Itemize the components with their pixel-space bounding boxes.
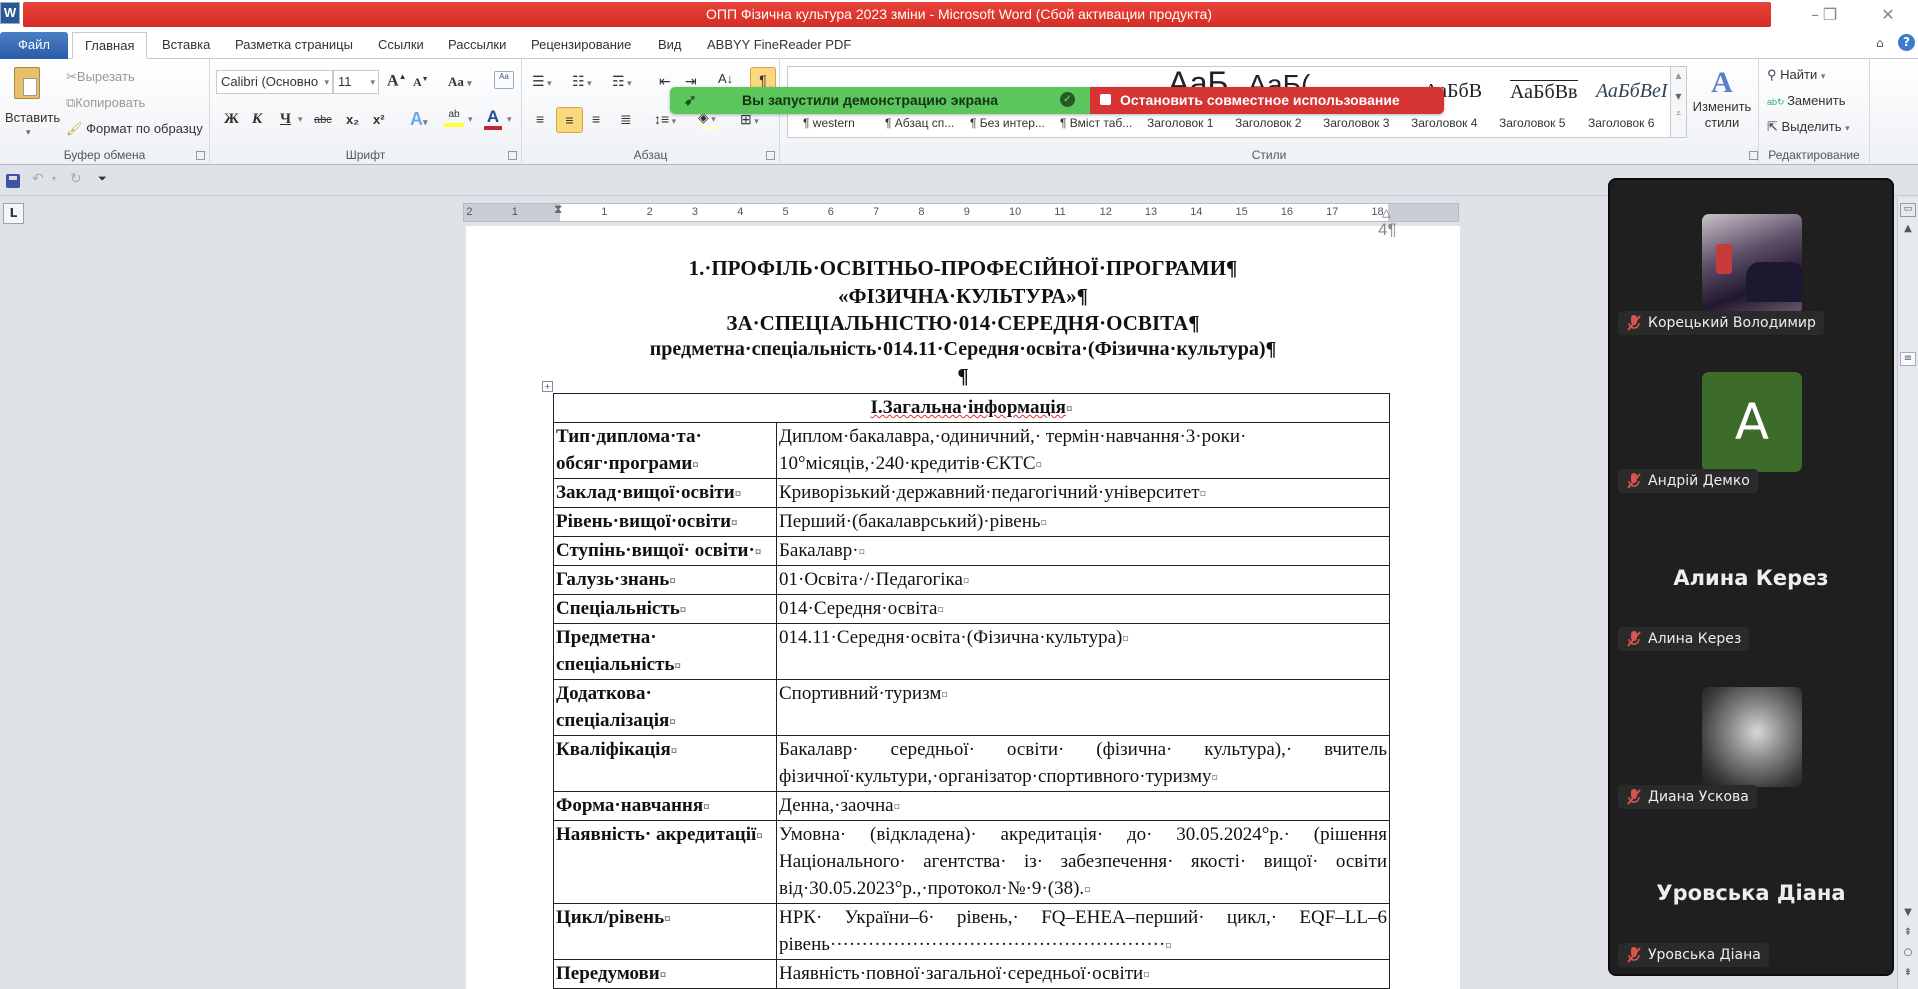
- table-row: Галузь·знань¤01·Освіта·/·Педагогіка¤: [554, 566, 1390, 595]
- undo-dropdown-icon[interactable]: ▾: [52, 174, 56, 183]
- paste-button[interactable]: Вставить: [5, 110, 60, 125]
- table-value-cell[interactable]: НРК· України–6· рівень,· FQ–EHEA–перший·…: [777, 904, 1390, 960]
- ruler-tick: 2: [647, 206, 653, 218]
- style-heading-2[interactable]: Заголовок 2: [1235, 116, 1301, 130]
- table-value-cell[interactable]: Криворізький·державний·педагогічний·унів…: [777, 479, 1390, 508]
- style-sample-heading6: АаБбВеI: [1596, 80, 1668, 103]
- stop-square-icon: [1100, 94, 1111, 105]
- tab-abbyy[interactable]: ABBYY FineReader PDF: [695, 32, 863, 59]
- stop-sharing-label: Остановить совместное использование: [1120, 92, 1400, 108]
- window-title: ОПП Фізична культура 2023 зміни - Micros…: [0, 6, 1918, 22]
- format-painter-button[interactable]: 🖌 Формат по образцу: [66, 121, 203, 137]
- ruler-tick: 13: [1145, 206, 1157, 218]
- subscript-button[interactable]: x₂: [346, 112, 359, 127]
- paragraph-group-label: Абзац: [522, 148, 779, 162]
- table-row: Спеціальність¤014·Середня·освіта¤: [554, 595, 1390, 624]
- table-value-cell[interactable]: Диплом·бакалавра,·одиничний,· термін·нав…: [777, 423, 1390, 479]
- title-bar: W ОПП Фізична культура 2023 зміни - Micr…: [0, 0, 1918, 29]
- table-row: Рівень·вищої·освіти¤Перший·(бакалаврськи…: [554, 508, 1390, 537]
- table-value-cell[interactable]: 014.11·Середня·освіта·(Фізична·культура)…: [777, 624, 1390, 680]
- font-size-select[interactable]: 11▾: [333, 70, 379, 94]
- document-page[interactable]: 4¶ 1.·ПРОФІЛЬ·ОСВІТНЬО-ПРОФЕСІЙНОЇ·ПРОГР…: [466, 226, 1460, 989]
- doc-heading-5: ¶: [466, 364, 1460, 389]
- text-effects-icon[interactable]: A▾: [410, 109, 428, 130]
- tab-home[interactable]: Главная: [72, 32, 147, 59]
- binoculars-icon: ⚲: [1767, 67, 1780, 82]
- multilevel-list-button[interactable]: ☶ ▾: [612, 73, 632, 90]
- change-styles-button[interactable]: A Изменить стили: [1692, 67, 1752, 131]
- superscript-button[interactable]: x²: [373, 112, 385, 127]
- participant-tile-kerez[interactable]: Алина Керез: [1610, 566, 1892, 590]
- italic-button[interactable]: К: [252, 111, 262, 128]
- style-western[interactable]: ¶ western: [803, 116, 855, 130]
- table-row: Ступінь·вищої· освіти·¤Бакалавр·¤: [554, 537, 1390, 566]
- copy-icon: ⧉: [66, 95, 75, 111]
- style-heading-6[interactable]: Заголовок 6: [1588, 116, 1654, 130]
- mic-muted-icon: [1626, 788, 1642, 806]
- video-participants-panel: Корецький Володимир A Андрій Демко Алина…: [1608, 178, 1894, 976]
- scroll-up-icon[interactable]: ▲: [1900, 223, 1916, 234]
- participant-name-demko: Андрій Демко: [1618, 469, 1758, 493]
- decrease-indent-button[interactable]: ⇤: [659, 73, 671, 90]
- table-row: Цикл/рівень¤НРК· України–6· рівень,· FQ–…: [554, 904, 1390, 960]
- indent-marker[interactable]: ⧗: [554, 202, 562, 217]
- underline-button[interactable]: Ч: [280, 111, 291, 128]
- table-value-cell[interactable]: Умовна· (відкладена)· акредитація· до· 3…: [777, 821, 1390, 904]
- share-status[interactable]: ➹ Вы запустили демонстрацию экрана ✓: [670, 87, 1090, 114]
- table-value-cell[interactable]: Наявність·повної·загальної·середньої·осв…: [777, 960, 1390, 989]
- table-row: Тип·диплома·та· обсяг·програми¤Диплом·ба…: [554, 423, 1390, 479]
- ruler-tick: 1: [512, 206, 518, 218]
- browse-object-icon[interactable]: ○: [1900, 947, 1916, 958]
- undo-icon[interactable]: ↶: [32, 171, 44, 187]
- table-value-cell[interactable]: Бакалавр· середньої· освіти· (фізична· к…: [777, 736, 1390, 792]
- participant-name-korecky: Корецький Володимир: [1618, 311, 1824, 335]
- table-value-cell[interactable]: 01·Освіта·/·Педагогіка¤: [777, 566, 1390, 595]
- clipboard-launcher-icon[interactable]: [196, 151, 205, 160]
- ruler-tick: 10: [1009, 206, 1021, 218]
- save-icon[interactable]: [6, 174, 20, 188]
- participant-photo-korecky[interactable]: [1702, 214, 1802, 314]
- ruler-tick: 16: [1281, 206, 1293, 218]
- styles-scroll-up-icon[interactable]: ▲: [1671, 71, 1686, 80]
- change-styles-icon: A: [1692, 67, 1752, 99]
- tab-stop-selector[interactable]: L: [3, 203, 24, 224]
- ruler-tick: 9: [964, 206, 970, 218]
- customize-toolbar-icon[interactable]: ⏷: [98, 172, 107, 186]
- font-color-dropdown-icon[interactable]: ▾: [507, 114, 512, 125]
- table-value-cell[interactable]: Спортивний·туризм¤: [777, 680, 1390, 736]
- ruler-tick: 7: [873, 206, 879, 218]
- font-launcher-icon[interactable]: [508, 151, 517, 160]
- styles-gallery-scroll[interactable]: ▲ ▼ ⩡: [1670, 67, 1686, 137]
- table-key-cell[interactable]: Кваліфікація¤: [554, 736, 777, 792]
- tab-file[interactable]: Файл: [0, 32, 68, 59]
- table-move-handle[interactable]: +: [542, 381, 553, 392]
- align-left-button[interactable]: ≡: [536, 111, 544, 127]
- table-row: Заклад·вищої·освіти¤Криворізький·державн…: [554, 479, 1390, 508]
- grow-font-button[interactable]: A▲: [387, 72, 406, 90]
- tab-references[interactable]: Ссылки: [366, 32, 436, 59]
- cursor-icon: ⇱: [1767, 119, 1782, 134]
- align-right-button[interactable]: ≡: [592, 111, 600, 127]
- table-key-cell[interactable]: Форма·навчання¤: [554, 792, 777, 821]
- tab-view[interactable]: Вид: [646, 32, 694, 59]
- style-no-spacing[interactable]: ¶ Без интер...: [970, 116, 1045, 130]
- underline-dropdown-icon[interactable]: ▾: [298, 114, 303, 125]
- sort-button[interactable]: A↓: [718, 71, 733, 86]
- ruler-tick: 5: [783, 206, 789, 218]
- table-row: Додаткова· спеціалізація¤Спортивний·тури…: [554, 680, 1390, 736]
- scroll-down-icon[interactable]: ▼: [1900, 907, 1916, 918]
- previous-page-icon[interactable]: ⇞: [1900, 927, 1916, 938]
- table-row: Предметна· спеціальність¤014.11·Середня·…: [554, 624, 1390, 680]
- brush-icon: 🖌: [66, 121, 83, 137]
- help-icon[interactable]: ?: [1898, 34, 1915, 51]
- font-name-select[interactable]: Calibri (Основно▾: [216, 70, 333, 94]
- paste-icon[interactable]: [14, 67, 40, 99]
- shield-check-icon: ✓: [1060, 92, 1075, 107]
- doc-heading-2: «ФІЗИЧНА·КУЛЬТУРА»¶: [466, 284, 1460, 309]
- participant-name-urovska: Уровська Діана: [1618, 943, 1769, 967]
- ruler-tick: 15: [1236, 206, 1248, 218]
- font-group-label: Шрифт: [210, 148, 521, 162]
- vertical-scrollbar[interactable]: ▭ ▲ ≡ ▼ ⇞ ○ ⇟: [1897, 197, 1918, 989]
- change-case-button[interactable]: Aa ▾: [448, 74, 472, 90]
- clear-formatting-icon[interactable]: Aa: [494, 71, 514, 89]
- paragraph-launcher-icon[interactable]: [766, 151, 775, 160]
- styles-more-icon[interactable]: ⩡: [1671, 109, 1686, 119]
- table-key-cell[interactable]: Цикл/рівень¤: [554, 904, 777, 960]
- change-styles-label: Изменить стили: [1692, 99, 1752, 131]
- close-button[interactable]: ✕: [1873, 4, 1903, 26]
- editing-group-label: Редактирование: [1759, 148, 1869, 162]
- horizontal-ruler[interactable]: 21123456789101112131415161718 ⧗ △: [463, 203, 1459, 222]
- table-value-cell[interactable]: Перший·(бакалаврський)·рівень¤: [777, 508, 1390, 537]
- table-key-cell[interactable]: Спеціальність¤: [554, 595, 777, 624]
- ruler-tick: 3: [692, 206, 698, 218]
- right-indent-marker[interactable]: △: [1382, 206, 1390, 219]
- style-table-contents[interactable]: ¶ Вміст таб...: [1060, 116, 1132, 130]
- ruler-tick: 4: [737, 206, 743, 218]
- ruler-tick: 12: [1100, 206, 1112, 218]
- table-key-cell[interactable]: Предметна· спеціальність¤: [554, 624, 777, 680]
- doc-heading-4: предметна·спеціальність·014.11·Середня·о…: [466, 338, 1460, 361]
- tab-page-layout[interactable]: Разметка страницы: [223, 32, 365, 59]
- copy-button[interactable]: ⧉ Копировать: [66, 95, 145, 111]
- scroll-thumb[interactable]: ≡: [1900, 352, 1916, 366]
- participant-tile-urovska[interactable]: Уровська Діана: [1610, 881, 1892, 905]
- table-key-cell[interactable]: Заклад·вищої·освіти¤: [554, 479, 777, 508]
- table-row: Форма·навчання¤Денна,·заочна¤: [554, 792, 1390, 821]
- ruler-tick: 6: [828, 206, 834, 218]
- share-arrow-icon: ➹: [684, 91, 697, 109]
- scissors-icon: ✂: [66, 69, 77, 85]
- table-key-cell[interactable]: Тип·диплома·та· обсяг·програми¤: [554, 423, 777, 479]
- restore-button[interactable]: ❐: [1815, 4, 1845, 26]
- tab-mailings[interactable]: Рассылки: [436, 32, 518, 59]
- participant-photo-uskova[interactable]: [1702, 687, 1802, 787]
- editing-group: ⚲ Найти ▾ ab↻ Заменить ⇱ Выделить ▾ Реда…: [1758, 59, 1870, 165]
- styles-group-label: Стили: [780, 148, 1758, 162]
- participant-avatar-demko[interactable]: A: [1702, 372, 1802, 472]
- screen-share-banner: ➹ Вы запустили демонстрацию экрана ✓ Ост…: [670, 87, 1444, 114]
- tab-insert[interactable]: Вставка: [150, 32, 222, 59]
- style-list-paragraph[interactable]: ¶ Абзац сп...: [885, 116, 954, 130]
- clipboard-group: Вставить ▾ ✂ Вырезать ⧉ Копировать 🖌 Фор…: [0, 59, 210, 165]
- stop-sharing-button[interactable]: Остановить совместное использование: [1090, 87, 1444, 114]
- style-heading-5[interactable]: Заголовок 5: [1499, 116, 1565, 130]
- numbering-button[interactable]: ☷ ▾: [572, 73, 592, 90]
- ruler-tick: 1: [601, 206, 607, 218]
- clipboard-group-label: Буфер обмена: [0, 148, 209, 162]
- table-value-cell[interactable]: Бакалавр·¤: [777, 537, 1390, 566]
- find-button[interactable]: ⚲ Найти ▾: [1767, 67, 1825, 83]
- select-button[interactable]: ⇱ Выделить ▾: [1767, 119, 1850, 135]
- participant-name-uskova: Диана Ускова: [1618, 785, 1757, 809]
- table-title-cell[interactable]: І.Загальна·інформація¤: [554, 394, 1390, 423]
- mic-muted-icon: [1626, 472, 1642, 490]
- table-header-row: І.Загальна·інформація¤: [554, 394, 1390, 423]
- shrink-font-button[interactable]: A▼: [413, 75, 429, 90]
- doc-heading-3: ЗА·СПЕЦІАЛЬНІСТЮ·014·СЕРЕДНЯ·ОСВІТА¶: [466, 311, 1460, 336]
- ruler-tick: 14: [1190, 206, 1202, 218]
- table-key-cell[interactable]: Передумови¤: [554, 960, 777, 989]
- bold-button[interactable]: Ж: [224, 111, 239, 128]
- align-center-button[interactable]: ≡: [556, 107, 583, 133]
- share-message: Вы запустили демонстрацию экрана: [742, 92, 998, 108]
- ruler-tick: 2: [466, 206, 472, 218]
- ruler-tick: 17: [1326, 206, 1338, 218]
- doc-heading-1: 1.·ПРОФІЛЬ·ОСВІТНЬО-ПРОФЕСІЙНОЇ·ПРОГРАМИ…: [466, 256, 1460, 281]
- table-value-cell[interactable]: 014·Середня·освіта¤: [777, 595, 1390, 624]
- style-heading-3[interactable]: Заголовок 3: [1323, 116, 1389, 130]
- table-key-cell[interactable]: Галузь·знань¤: [554, 566, 777, 595]
- table-key-cell[interactable]: Рівень·вищої·освіти¤: [554, 508, 777, 537]
- justify-button[interactable]: ≣: [620, 111, 632, 128]
- ribbon-tabs: Файл Главная Вставка Разметка страницы С…: [0, 29, 1918, 59]
- highlight-dropdown-icon[interactable]: ▾: [468, 114, 473, 125]
- view-ruler-toggle-icon[interactable]: ▭: [1900, 203, 1916, 217]
- bullets-button[interactable]: ☰ ▾: [532, 73, 552, 90]
- minimize-ribbon-icon[interactable]: ⌂: [1876, 36, 1884, 50]
- font-group: Calibri (Основно▾ 11▾ A▲ A▼ Aa ▾ Aa Ж К …: [210, 59, 522, 165]
- table-row: Передумови¤Наявність·повної·загальної·се…: [554, 960, 1390, 989]
- style-heading-1[interactable]: Заголовок 1: [1147, 116, 1213, 130]
- next-page-icon[interactable]: ⇟: [1900, 967, 1916, 978]
- styles-launcher-icon[interactable]: [1749, 151, 1758, 160]
- mic-muted-icon: [1626, 630, 1642, 648]
- redo-icon[interactable]: ↻: [70, 171, 82, 187]
- general-info-table: І.Загальна·інформація¤ Тип·диплома·та· о…: [553, 393, 1390, 989]
- table-value-cell[interactable]: Денна,·заочна¤: [777, 792, 1390, 821]
- page-number-mark: 4¶: [1378, 220, 1397, 240]
- style-heading-4[interactable]: Заголовок 4: [1411, 116, 1477, 130]
- styles-scroll-down-icon[interactable]: ▼: [1671, 92, 1686, 101]
- mic-muted-icon: [1626, 314, 1642, 332]
- font-color-icon[interactable]: A: [484, 108, 502, 130]
- table-key-cell[interactable]: Наявність· акредитації¤: [554, 821, 777, 904]
- tab-review[interactable]: Рецензирование: [519, 32, 643, 59]
- ruler-tick: 11: [1054, 206, 1065, 218]
- participant-name-kerez: Алина Керез: [1618, 627, 1749, 651]
- table-row: Кваліфікація¤Бакалавр· середньої· освіти…: [554, 736, 1390, 792]
- ruler-tick: 8: [918, 206, 924, 218]
- table-key-cell[interactable]: Ступінь·вищої· освіти·¤: [554, 537, 777, 566]
- mic-muted-icon: [1626, 946, 1642, 964]
- style-sample-heading5: АаБбВв: [1510, 80, 1578, 104]
- strikethrough-button[interactable]: abc: [314, 114, 332, 126]
- table-key-cell[interactable]: Додаткова· спеціалізація¤: [554, 680, 777, 736]
- cut-button[interactable]: ✂ Вырезать: [66, 69, 135, 85]
- paste-dropdown-icon[interactable]: ▾: [26, 127, 31, 138]
- replace-icon: ab↻: [1767, 97, 1787, 107]
- table-row: Наявність· акредитації¤Умовна· (відкладе…: [554, 821, 1390, 904]
- highlight-color-icon[interactable]: ab: [444, 109, 464, 127]
- replace-button[interactable]: ab↻ Заменить: [1767, 93, 1845, 108]
